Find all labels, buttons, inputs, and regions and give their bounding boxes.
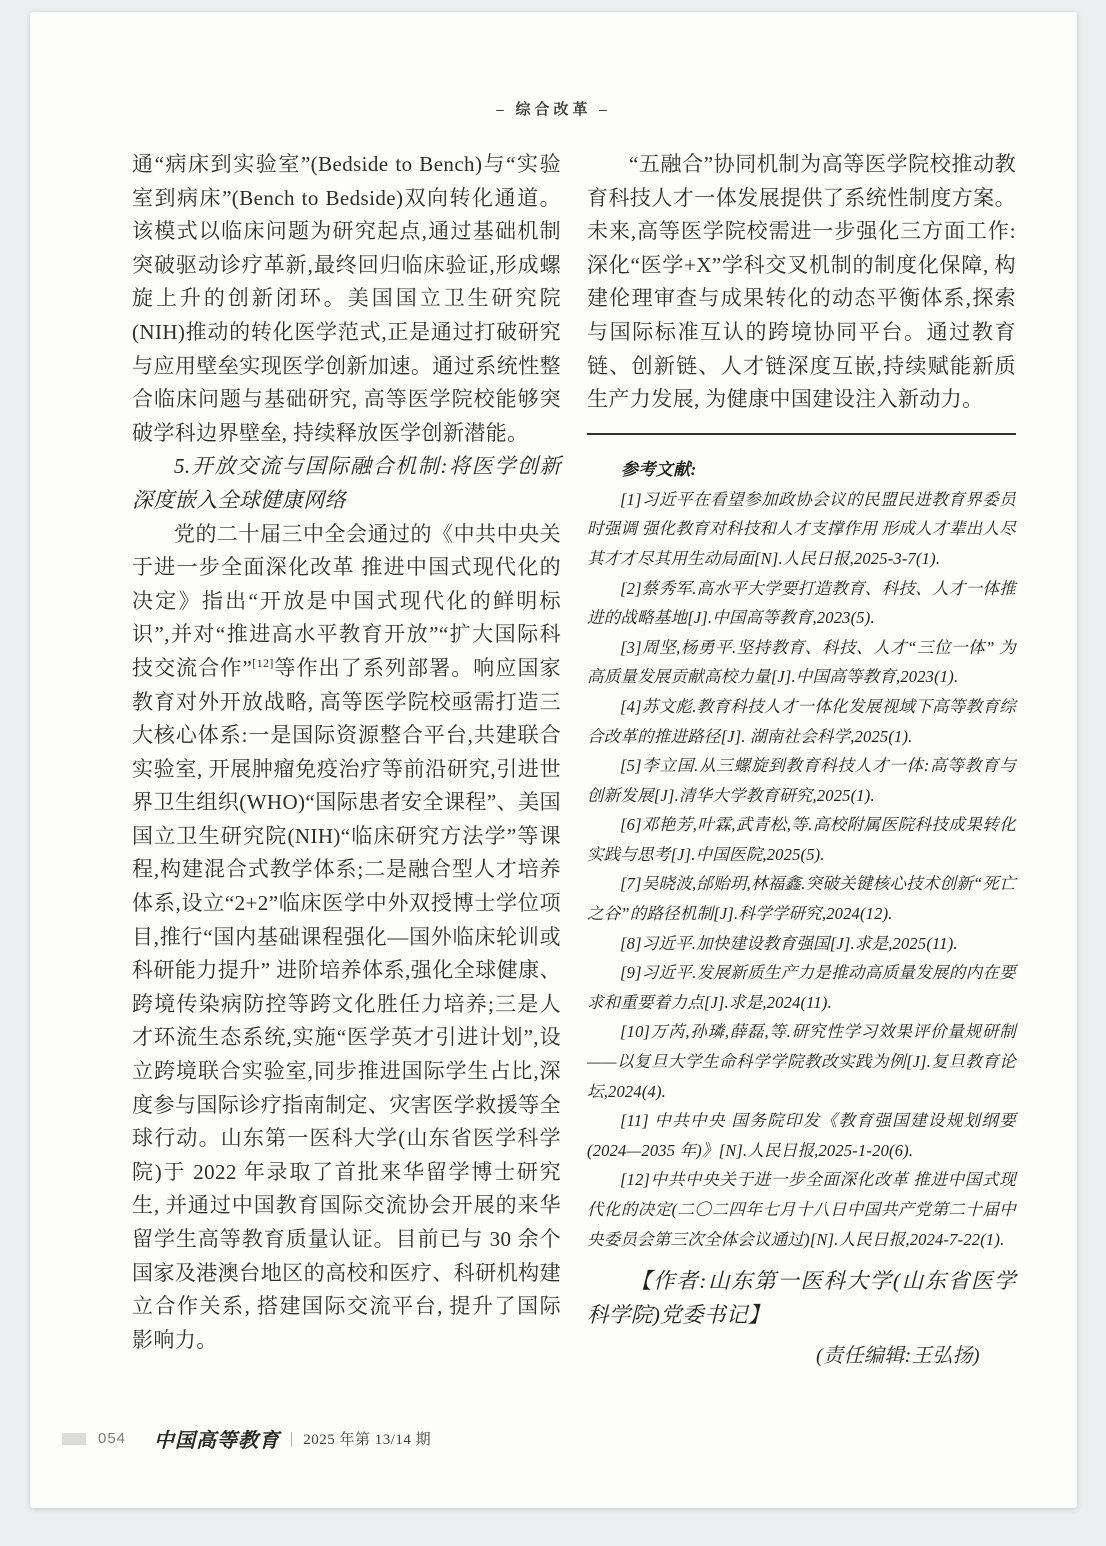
- reference-item: [10]万芮,孙璘,薛磊,等.研究性学习效果评价量规研制——以复旦大学生命科学学…: [587, 1017, 1016, 1106]
- references-title: 参考文献:: [587, 455, 1016, 485]
- references-divider: [587, 433, 1016, 435]
- journal-logo: 中国高等教育: [154, 1424, 280, 1453]
- reference-item: [7]吴晓波,邰贻玥,林福鑫.突破关键核心技术创新“死亡之谷”的路径机制[J].…: [587, 869, 1016, 928]
- left-column: 通“病床到实验室”(Bedside to Bench)与“实验室到病床”(Ben…: [132, 148, 561, 1374]
- article-body: 通“病床到实验室”(Bedside to Bench)与“实验室到病床”(Ben…: [132, 148, 1016, 1374]
- body-paragraph: 党的二十届三中全会通过的《中共中央关于进一步全面深化改革 推进中国式现代化的决定…: [132, 518, 561, 1358]
- reference-item: [5]李立国.从三螺旋到教育科技人才一体:高等教育与创新发展[J].清华大学教育…: [587, 751, 1016, 810]
- page-marker-block: [62, 1433, 86, 1445]
- page-footer: 054 中国高等教育 | 2025 年第 13/14 期: [62, 1424, 431, 1453]
- journal-page: – 综合改革 – 通“病床到实验室”(Bedside to Bench)与“实验…: [30, 12, 1077, 1508]
- footer-divider: |: [290, 1430, 293, 1448]
- reference-item: [6]邓艳芳,叶霖,武青松,等.高校附属医院科技成果转化实践与思考[J].中国医…: [587, 810, 1016, 869]
- body-paragraph: “五融合”协同机制为高等医学院校推动教育科技人才一体发展提供了系统性制度方案。未…: [587, 148, 1016, 417]
- reference-item: [12]中共中央关于进一步全面深化改革 推进中国式现代化的决定(二〇二四年七月十…: [587, 1165, 1016, 1254]
- reference-item: [8]习近平.加快建设教育强国[J].求是,2025(11).: [587, 929, 1016, 959]
- paragraph-text: 等作出了系列部署。响应国家教育对外开放战略, 高等医学院校亟需打造三大核心体系:…: [132, 656, 561, 1352]
- right-column: “五融合”协同机制为高等医学院校推动教育科技人才一体发展提供了系统性制度方案。未…: [587, 148, 1016, 1374]
- body-paragraph-continuation: 通“病床到实验室”(Bedside to Bench)与“实验室到病床”(Ben…: [132, 148, 561, 450]
- page-number: 054: [98, 1430, 126, 1447]
- reference-item: [1]习近平在看望参加政协会议的民盟民进教育界委员时强调 强化教育对科技和人才支…: [587, 485, 1016, 574]
- reference-item: [2]蔡秀军.高水平大学要打造教育、科技、人才一体推进的战略基地[J].中国高等…: [587, 574, 1016, 633]
- reference-item: [3]周坚,杨勇平.坚持教育、科技、人才“三位一体” 为高质量发展贡献高校力量[…: [587, 633, 1016, 692]
- citation-superscript: [12]: [252, 656, 274, 670]
- section-heading-5: 5.开放交流与国际融合机制:将医学创新深度嵌入全球健康网络: [132, 450, 561, 517]
- issue-label: 2025 年第 13/14 期: [303, 1428, 431, 1449]
- reference-item: [4]苏文彪.教育科技人才一体化发展视域下高等教育综合改革的推进路径[J]. 湖…: [587, 692, 1016, 751]
- reference-item: [9]习近平.发展新质生产力是推动高质量发展的内在要求和重要着力点[J].求是,…: [587, 958, 1016, 1017]
- author-note: 【作者:山东第一医科大学(山东省医学科学院)党委书记】: [587, 1264, 1016, 1332]
- editor-note: (责任编辑:王弘扬): [587, 1340, 1016, 1374]
- reference-item: [11] 中共中央 国务院印发《教育强国建设规划纲要(2024—2035 年)》…: [587, 1106, 1016, 1165]
- section-header: – 综合改革 –: [30, 98, 1077, 119]
